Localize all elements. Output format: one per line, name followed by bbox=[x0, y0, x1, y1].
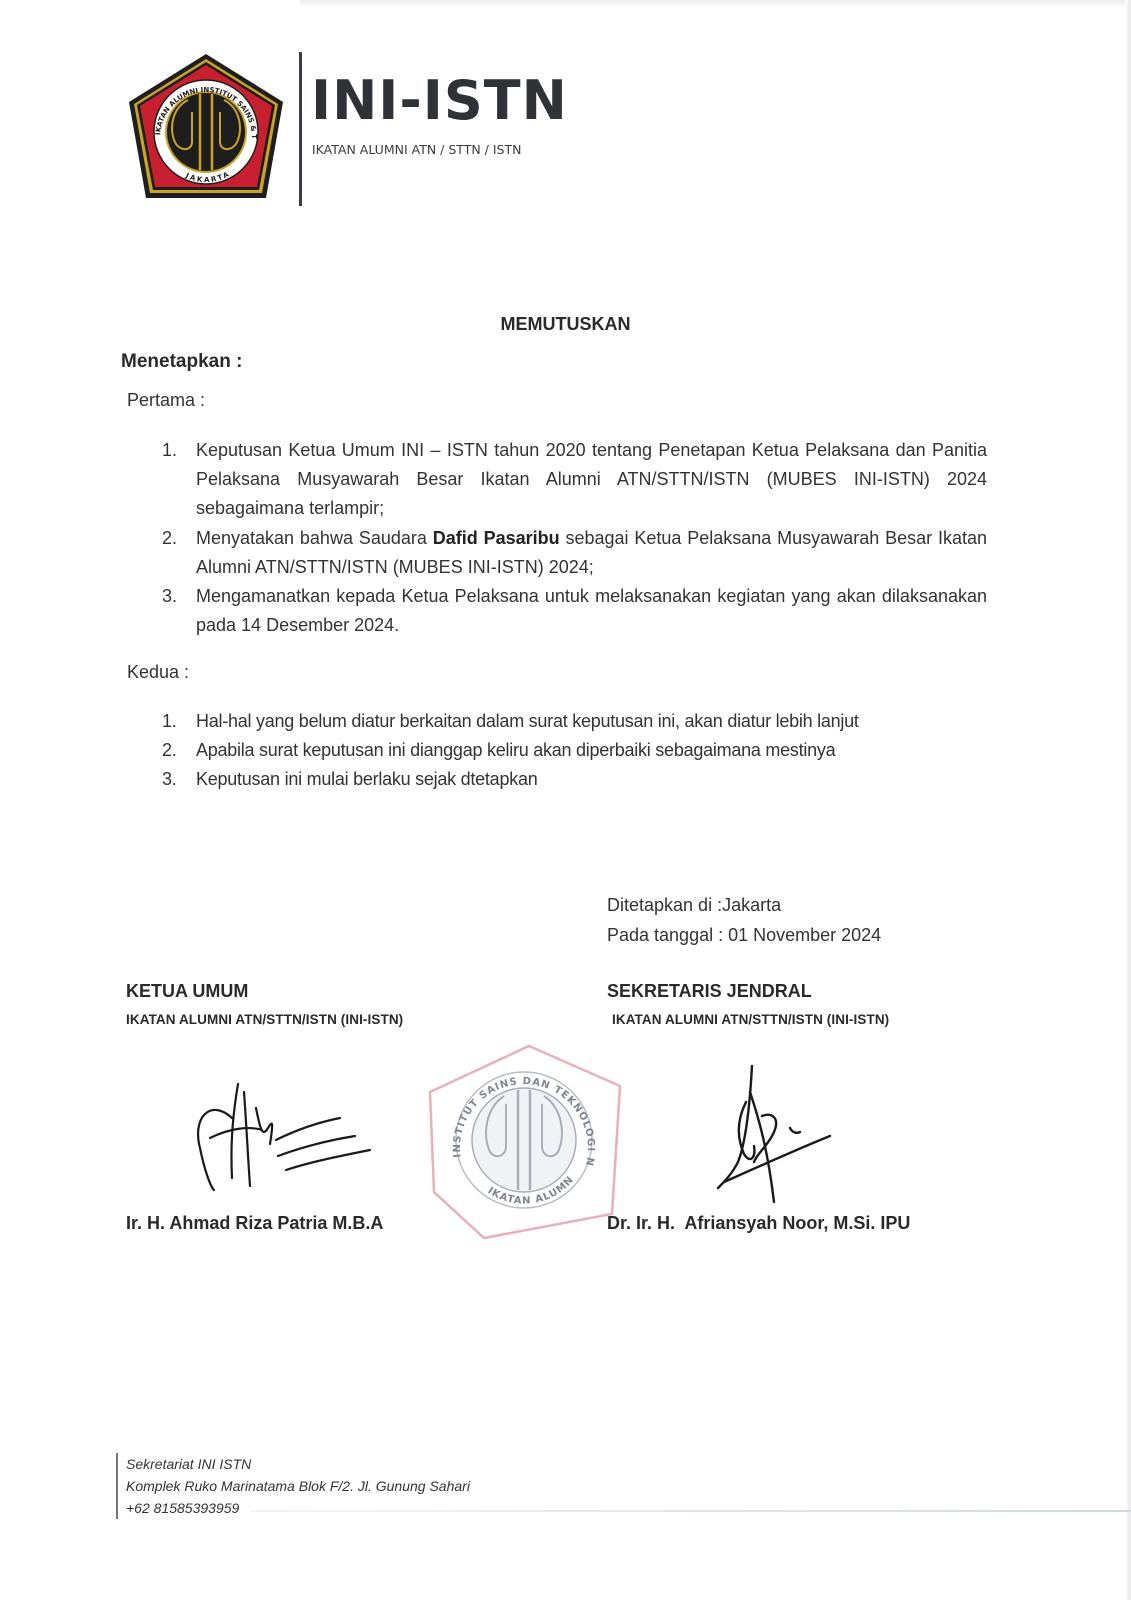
right-signatory-org: IKATAN ALUMNI ATN/STTN/ISTN (INI-ISTN) bbox=[612, 1012, 889, 1027]
footer-street: Komplek Ruko Marinatama Blok F/2. Jl. Gu… bbox=[126, 1475, 470, 1497]
list-text: Apabila surat keputusan ini dianggap kel… bbox=[196, 740, 835, 760]
scan-shadow-top bbox=[300, 0, 1131, 8]
list-item: 3. Keputusan ini mulai berlaku sejak dte… bbox=[162, 765, 987, 794]
list-item: 2. Menyatakan bahwa Saudara Dafid Pasari… bbox=[162, 524, 987, 582]
footer-accent-bar bbox=[116, 1453, 118, 1519]
left-signatory-org: IKATAN ALUMNI ATN/STTN/ISTN (INI-ISTN) bbox=[126, 1012, 403, 1027]
decision-heading: MEMUTUSKAN bbox=[0, 314, 1131, 335]
right-signatory-name: Dr. Ir. H. Afriansyah Noor, M.Si. IPU bbox=[607, 1213, 910, 1234]
list-text: Keputusan ini mulai berlaku sejak dtetap… bbox=[196, 769, 537, 789]
list-number: 2. bbox=[162, 736, 177, 765]
list-item: 2. Apabila surat keputusan ini dianggap … bbox=[162, 736, 987, 765]
pertama-list: 1. Keputusan Ketua Umum INI – ISTN tahun… bbox=[162, 436, 987, 640]
brand-title: INI-ISTN bbox=[311, 74, 568, 128]
list-number: 3. bbox=[162, 582, 177, 611]
list-item: 3. Mengamanatkan kepada Ketua Pelaksana … bbox=[162, 582, 987, 640]
list-number: 1. bbox=[162, 436, 177, 465]
kedua-list: 1. Hal-hal yang belum diatur berkaitan d… bbox=[162, 707, 987, 795]
right-signatory-title: SEKRETARIS JENDRAL bbox=[607, 981, 812, 1002]
left-signature-icon bbox=[190, 1078, 390, 1198]
right-signature-icon bbox=[710, 1062, 860, 1212]
ini-istn-logo-icon: IKATAN ALUMNI INSTITUT SAINS & TEKNOLOGI… bbox=[126, 52, 286, 202]
footer-rule bbox=[250, 1510, 1131, 1512]
list-number: 2. bbox=[162, 524, 177, 553]
scan-page-edge bbox=[1125, 0, 1131, 1600]
list-text: Keputusan Ketua Umum INI – ISTN tahun 20… bbox=[196, 440, 987, 518]
list-text: Hal-hal yang belum diatur berkaitan dala… bbox=[196, 711, 859, 731]
list-text-before: Menyatakan bahwa Saudara bbox=[196, 528, 433, 548]
kedua-label: Kedua : bbox=[127, 662, 189, 683]
appointee-name: Dafid Pasaribu bbox=[433, 528, 560, 548]
footer-phone: +62 81585393959 bbox=[126, 1497, 470, 1519]
list-number: 1. bbox=[162, 707, 177, 736]
letterhead-divider bbox=[299, 52, 302, 206]
menetapkan-label: Menetapkan : bbox=[121, 351, 242, 373]
brand-subtitle: IKATAN ALUMNI ATN / STTN / ISTN bbox=[312, 142, 521, 157]
list-item: 1. Keputusan Ketua Umum INI – ISTN tahun… bbox=[162, 436, 987, 524]
footer-secretariat: Sekretariat INI ISTN bbox=[126, 1453, 470, 1475]
list-text: Menyatakan bahwa Saudara Dafid Pasaribu … bbox=[196, 528, 987, 577]
left-signatory-name: Ir. H. Ahmad Riza Patria M.B.A bbox=[126, 1213, 383, 1234]
issuance-date: Pada tanggal : 01 November 2024 bbox=[607, 920, 881, 950]
list-item: 1. Hal-hal yang belum diatur berkaitan d… bbox=[162, 707, 987, 736]
left-signatory-title: KETUA UMUM bbox=[126, 981, 248, 1002]
issuance-block: Ditetapkan di :Jakarta Pada tanggal : 01… bbox=[607, 890, 881, 950]
pertama-label: Pertama : bbox=[127, 390, 205, 411]
issuance-place: Ditetapkan di :Jakarta bbox=[607, 890, 881, 920]
list-text: Mengamanatkan kepada Ketua Pelaksana unt… bbox=[196, 586, 987, 635]
official-stamp-icon: INSTITUT SAINS DAN TEKNOLOGI NASIONAL IK… bbox=[424, 1042, 634, 1242]
list-number: 3. bbox=[162, 765, 177, 794]
